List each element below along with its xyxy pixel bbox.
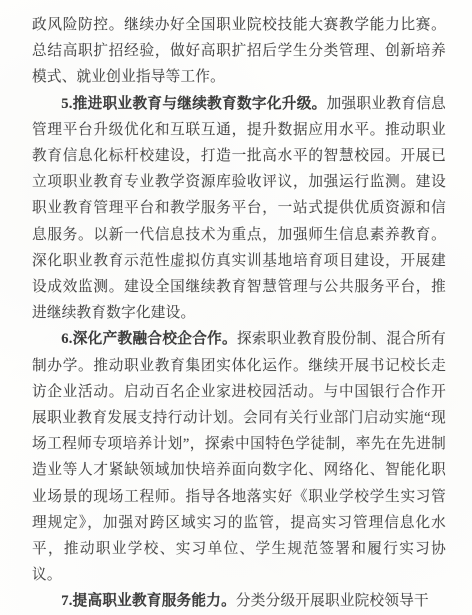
paragraph: 6.深化产教融合校企合作。探索职业教育股份制、混合所有制办学。推动职业教育集团实… [32, 326, 446, 588]
paragraph: 政风险防控。继续办好全国职业院校技能大赛教学能力比赛。总结高职扩招经验，做好高职… [32, 12, 446, 91]
document-page: 政风险防控。继续办好全国职业院校技能大赛教学能力比赛。总结高职扩招经验，做好高职… [0, 0, 472, 615]
paragraph: 7.提高职业教育服务能力。分类分级开展职业院校领导干 [32, 588, 446, 614]
paragraph-heading: 7.提高职业教育服务能力。 [61, 593, 236, 609]
paragraph-text: 探索职业教育股份制、混合所有制办学。推动职业教育集团实体化运作。继续开展书记校长… [32, 331, 446, 583]
paragraph-text: 加强职业教育信息管理平台升级优化和互联互通，提升数据应用水平。推动职业教育信息化… [32, 96, 446, 322]
paragraph-text: 政风险防控。继续办好全国职业院校技能大赛教学能力比赛。总结高职扩招经验，做好高职… [32, 17, 446, 85]
document-body: 政风险防控。继续办好全国职业院校技能大赛教学能力比赛。总结高职扩招经验，做好高职… [32, 12, 446, 615]
paragraph-heading: 6.深化产教融合校企合作。 [61, 331, 237, 347]
page-background: { "page": { "background_color": "#fefefd… [0, 0, 472, 615]
paragraph-heading: 5.推进职业教育与继续教育数字化升级。 [61, 96, 326, 112]
paragraph-text: 分类分级开展职业院校领导干 [236, 593, 429, 609]
paragraph: 5.推进职业教育与继续教育数字化升级。加强职业教育信息管理平台升级优化和互联互通… [32, 91, 446, 327]
